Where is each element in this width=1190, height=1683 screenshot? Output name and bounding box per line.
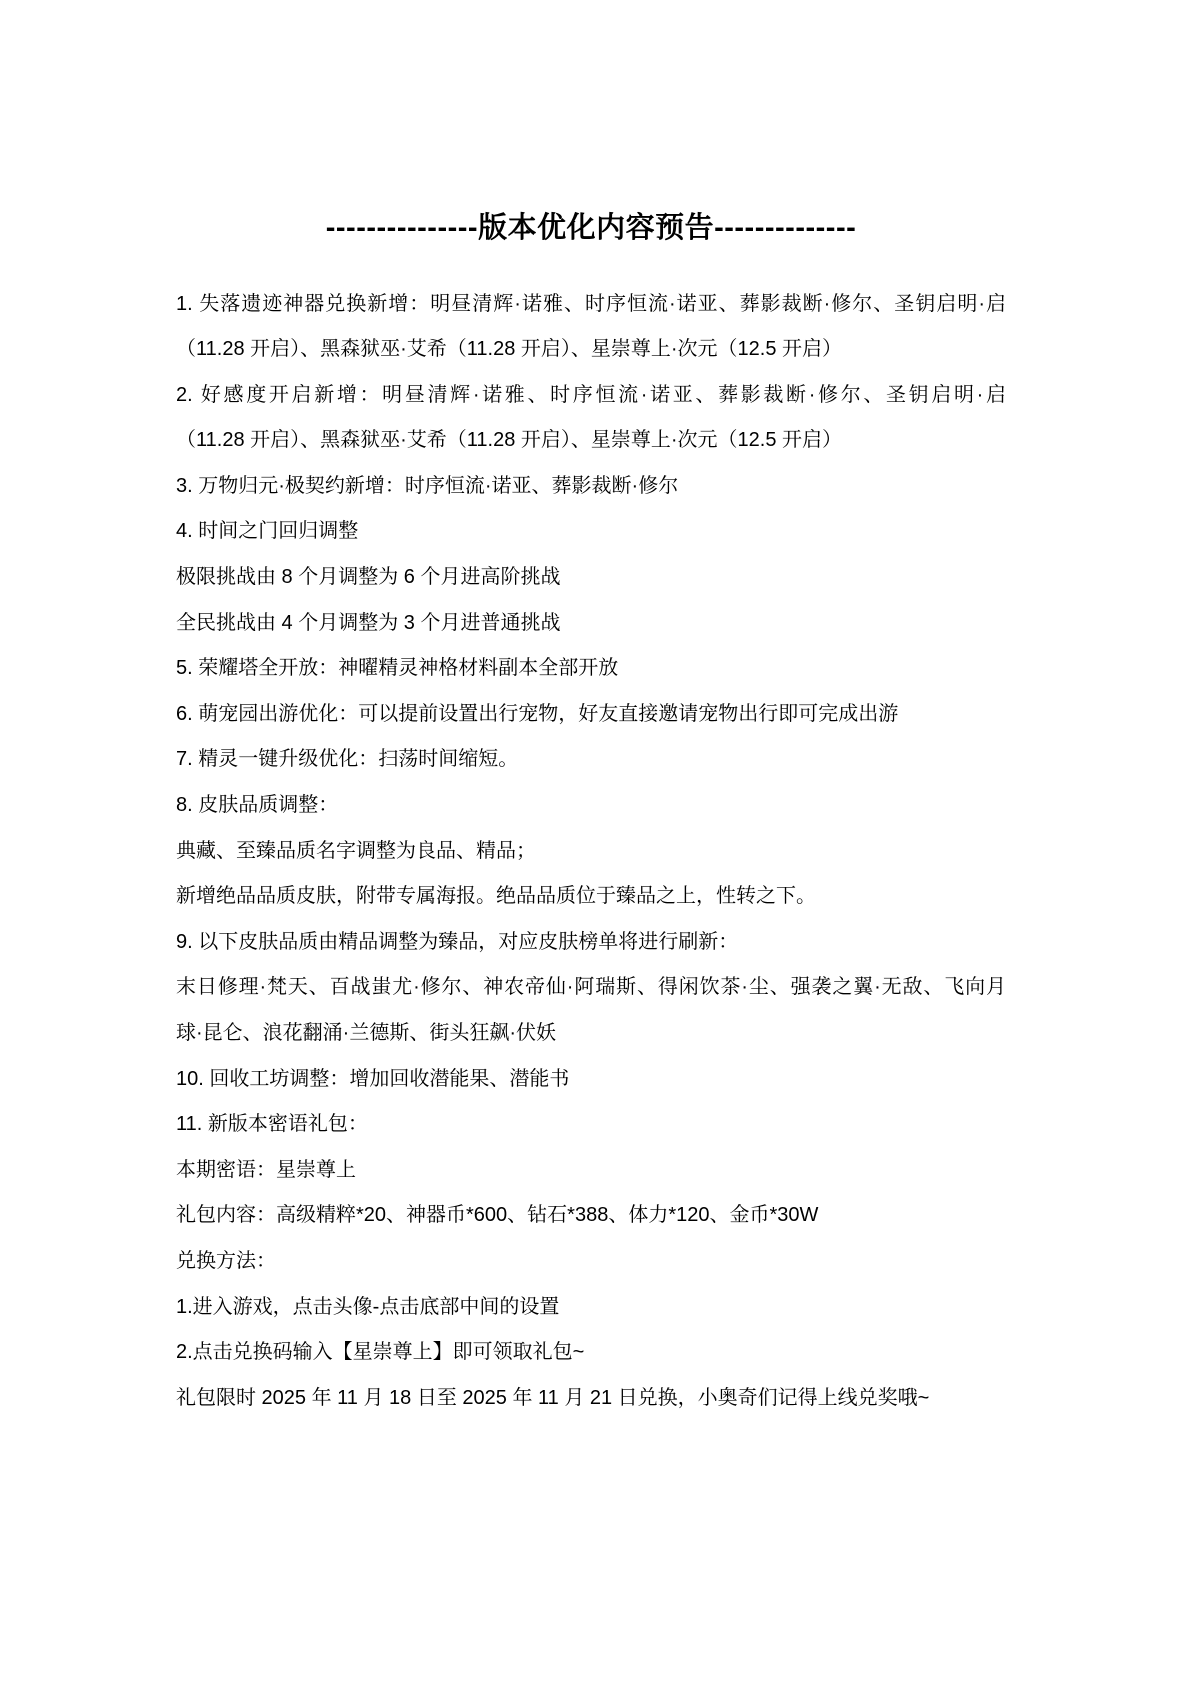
document-line: 典藏、至臻品质名字调整为良品、精品； bbox=[176, 829, 1006, 875]
document-body: 1. 失落遗迹神器兑换新增：明昼清辉·诺雅、时序恒流·诺亚、葬影裁断·修尔、圣钥… bbox=[176, 282, 1006, 1422]
document-content: ---------------版本优化内容预告-------------- 1.… bbox=[176, 0, 1006, 1421]
document-line: 4. 时间之门回归调整 bbox=[176, 509, 1006, 555]
document-line: 极限挑战由 8 个月调整为 6 个月进高阶挑战 bbox=[176, 555, 1006, 601]
document-line: 2. 好感度开启新增：明昼清辉·诺雅、时序恒流·诺亚、葬影裁断·修尔、圣钥启明·… bbox=[176, 373, 1006, 419]
document-line: 11. 新版本密语礼包： bbox=[176, 1102, 1006, 1148]
document-line: 末日修理·梵天、百战蚩尤·修尔、神农帝仙·阿瑞斯、得闲饮茶·尘、强袭之翼·无敌、… bbox=[176, 965, 1006, 1011]
document-line: 兑换方法： bbox=[176, 1239, 1006, 1285]
document-line: 7. 精灵一键升级优化：扫荡时间缩短。 bbox=[176, 737, 1006, 783]
document-line: （11.28 开启）、黑森狱巫·艾希（11.28 开启）、星崇尊上·次元（12.… bbox=[176, 327, 1006, 373]
document-line: 5. 荣耀塔全开放：神曜精灵神格材料副本全部开放 bbox=[176, 646, 1006, 692]
document-line: 礼包限时 2025 年 11 月 18 日至 2025 年 11 月 21 日兑… bbox=[176, 1376, 1006, 1422]
document-line: 6. 萌宠园出游优化：可以提前设置出行宠物，好友直接邀请宠物出行即可完成出游 bbox=[176, 692, 1006, 738]
document-line: （11.28 开启）、黑森狱巫·艾希（11.28 开启）、星崇尊上·次元（12.… bbox=[176, 418, 1006, 464]
document-title: ---------------版本优化内容预告-------------- bbox=[176, 206, 1006, 252]
document-line: 球·昆仑、浪花翻涌·兰德斯、街头狂飙·伏妖 bbox=[176, 1011, 1006, 1057]
document-line: 礼包内容：高级精粹*20、神器币*600、钻石*388、体力*120、金币*30… bbox=[176, 1193, 1006, 1239]
document-line: 8. 皮肤品质调整： bbox=[176, 783, 1006, 829]
document-line: 新增绝品品质皮肤，附带专属海报。绝品品质位于臻品之上，性转之下。 bbox=[176, 874, 1006, 920]
document-line: 1. 失落遗迹神器兑换新增：明昼清辉·诺雅、时序恒流·诺亚、葬影裁断·修尔、圣钥… bbox=[176, 282, 1006, 328]
document-line: 全民挑战由 4 个月调整为 3 个月进普通挑战 bbox=[176, 601, 1006, 647]
document-line: 9. 以下皮肤品质由精品调整为臻品，对应皮肤榜单将进行刷新： bbox=[176, 920, 1006, 966]
document-line: 1.进入游戏，点击头像-点击底部中间的设置 bbox=[176, 1285, 1006, 1331]
document-line: 3. 万物归元·极契约新增：时序恒流·诺亚、葬影裁断·修尔 bbox=[176, 464, 1006, 510]
document-page: ---------------版本优化内容预告-------------- 1.… bbox=[0, 0, 1190, 1683]
document-line: 10. 回收工坊调整：增加回收潜能果、潜能书 bbox=[176, 1057, 1006, 1103]
document-line: 本期密语：星崇尊上 bbox=[176, 1148, 1006, 1194]
document-line: 2.点击兑换码输入【星崇尊上】即可领取礼包~ bbox=[176, 1330, 1006, 1376]
